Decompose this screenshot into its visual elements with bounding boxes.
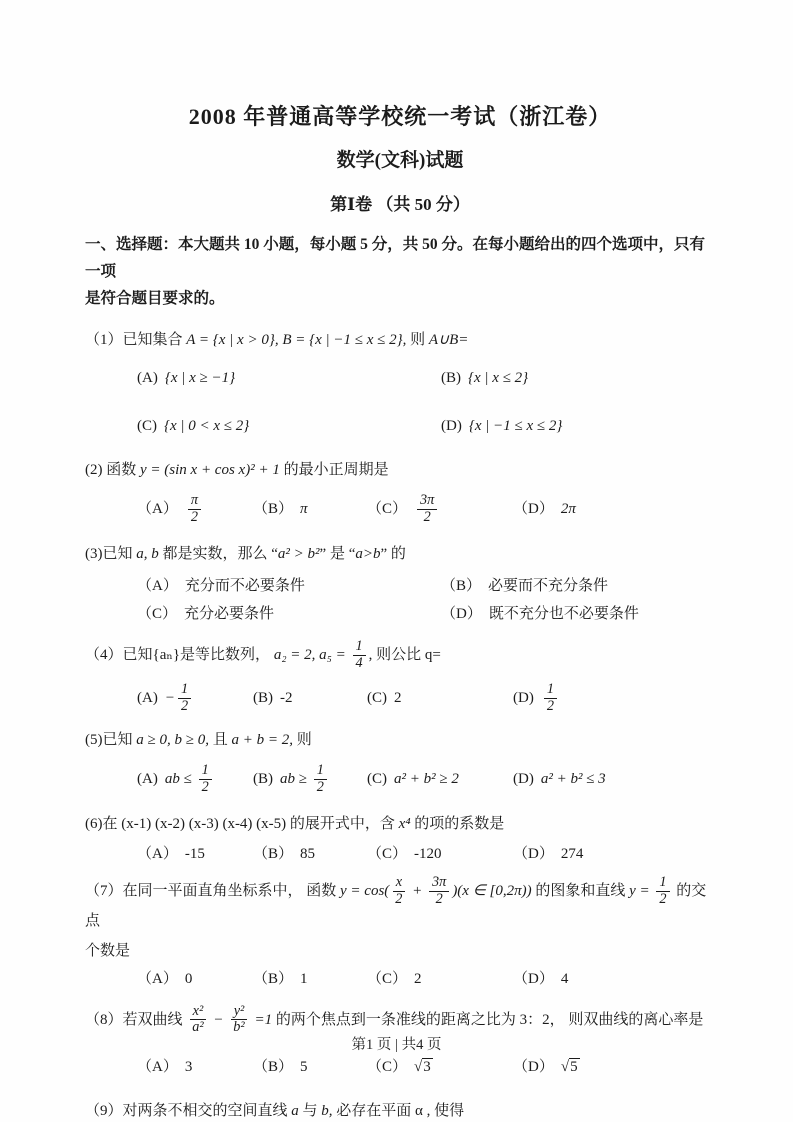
q7-option-b: （B）1 [253,966,367,992]
q4-option-c-label: (C) [367,685,387,711]
q2-option-a-content: π2 [185,493,204,526]
q7-option-c-label: （C） [367,966,407,992]
q4-option-d-label: (D) [513,685,534,711]
q8-option-d-label: （D） [513,1054,554,1080]
q4-option-a: (A)−12 [137,682,253,715]
q1-option-b-content: {x | x ≤ 2} [468,370,528,386]
q6-option-d-content: 274 [561,841,584,867]
q5-option-d: (D)a² + b² ≤ 3 [513,766,715,792]
q6-option-d-label: （D） [513,841,554,867]
q8-option-a-content: 3 [185,1054,193,1080]
q9-stem: （9）对两条不相交的空间直线 a 与 b, 必存在平面 α , 使得 [85,1098,715,1122]
page-subtitle: 数学(文科)试题 [85,145,715,172]
q8-option-b-content: 5 [300,1054,308,1080]
q5-option-b: (B)ab ≥ 12 [253,763,367,796]
q7-option-c: （C）2 [367,966,513,992]
q2-option-a-label: （A） [137,496,178,522]
q2-option-b-label: （B） [253,496,293,522]
q5-option-a-label: (A) [137,766,158,792]
q8-option-d: （D）√5 [513,1054,715,1080]
q6-option-a-label: （A） [137,841,178,867]
q8-stem: （8）若双曲线 x²a² − y²b² =1 的两个焦点到一条准线的距离之比为 … [85,1004,715,1037]
q4-option-b-label: (B) [253,685,273,711]
q5-option-d-content: a² + b² ≤ 3 [541,766,606,792]
q5-option-d-label: (D) [513,766,534,792]
q1-options: (A){x | x ≥ −1} (B){x | x ≤ 2} (C){x | 0… [85,365,715,439]
q2-stem: (2) 函数 y = (sin x + cos x)² + 1 的最小正周期是 [85,457,715,483]
instructions-line-1: 一、选择题：本大题共 10 小题，每小题 5 分，共 50 分。在每小题给出的四… [85,231,715,285]
question-2: (2) 函数 y = (sin x + cos x)² + 1 的最小正周期是 … [85,457,715,526]
q5-options: (A)ab ≤ 12 (B)ab ≥ 12 (C)a² + b² ≥ 2 (D)… [85,763,715,796]
q5-option-c-content: a² + b² ≥ 2 [394,766,459,792]
q7-option-d: （D）4 [513,966,715,992]
question-4: （4）已知{aₙ}是等比数列， a₂ = 2, a₅ = 14, 则公比 q= … [85,639,715,715]
question-9: （9）对两条不相交的空间直线 a 与 b, 必存在平面 α , 使得 [85,1098,715,1122]
q4-option-d: (D)12 [513,682,715,715]
q7-option-d-content: 4 [561,966,569,992]
q3-option-b-content: 必要而不充分条件 [488,578,608,594]
q1-option-c-content: {x | 0 < x ≤ 2} [164,418,249,434]
q4-stem: （4）已知{aₙ}是等比数列， a₂ = 2, a₅ = 14, 则公比 q= [85,639,715,672]
q1-stem: （1）已知集合 A = {x | x > 0}, B = {x | −1 ≤ x… [85,327,715,353]
q7-option-b-label: （B） [253,966,293,992]
q3-option-c-content: 充分必要条件 [184,606,274,622]
q2-option-d: （D）2π [513,496,715,522]
q2-option-d-content: 2π [561,496,576,522]
q3-option-b-label: （B） [441,578,481,594]
q8-option-c-content: √3 [414,1054,433,1080]
q1-option-a-label: (A) [137,370,158,386]
q6-options: （A）-15 （B）85 （C）-120 （D）274 [85,841,715,867]
q8-option-a-label: （A） [137,1054,178,1080]
q7-option-a: （A）0 [137,966,253,992]
q5-option-c-label: (C) [367,766,387,792]
q1-option-a: (A){x | x ≥ −1} [137,365,441,391]
q6-option-b-label: （B） [253,841,293,867]
q2-option-c: （C）3π2 [367,493,513,526]
q8-option-b-label: （B） [253,1054,293,1080]
page-footer: 第1 页 | 共4 页 [0,1033,793,1054]
page-title: 2008 年普通高等学校统一考试（浙江卷） [85,100,715,131]
q1-option-d-content: {x | −1 ≤ x ≤ 2} [469,418,563,434]
q6-option-c-content: -120 [414,841,442,867]
q3-stem: (3)已知 a, b 都是实数，那么 “a² > b²” 是 “a>b” 的 [85,541,715,567]
question-6: (6)在 (x-1) (x-2) (x-3) (x-4) (x-5) 的展开式中… [85,811,715,867]
q7-stem-line-1: （7）在同一平面直角坐标系中， 函数 y = cos(x2 + 3π2)(x ∈… [85,875,715,934]
q4-option-d-content: 12 [541,682,560,715]
q1-option-b-label: (B) [441,370,461,386]
q2-option-d-label: （D） [513,496,554,522]
q8-option-a: （A）3 [137,1054,253,1080]
question-1: （1）已知集合 A = {x | x > 0}, B = {x | −1 ≤ x… [85,327,715,439]
q6-option-c: （C）-120 [367,841,513,867]
q4-option-c: (C)2 [367,685,513,711]
q2-option-c-label: （C） [367,496,407,522]
q3-option-a-label: （A） [137,578,178,594]
q5-option-a-content: ab ≤ 12 [165,763,215,796]
q8-option-c-label: （C） [367,1054,407,1080]
q4-option-a-label: (A) [137,685,158,711]
q8-option-d-content: √5 [561,1054,580,1080]
q4-option-b-content: -2 [280,685,293,711]
question-3: (3)已知 a, b 都是实数，那么 “a² > b²” 是 “a>b” 的 （… [85,541,715,627]
q3-options: （A）充分而不必要条件 （B）必要而不充分条件 （C）充分必要条件 （D）既不充… [85,573,715,627]
q1-option-c-label: (C) [137,418,157,434]
q3-option-a: （A）充分而不必要条件 [137,573,441,599]
section-instructions: 一、选择题：本大题共 10 小题，每小题 5 分，共 50 分。在每小题给出的四… [85,231,715,312]
q3-option-d-content: 既不充分也不必要条件 [489,606,639,622]
q1-option-b: (B){x | x ≤ 2} [441,365,715,391]
q5-option-b-label: (B) [253,766,273,792]
q5-option-b-content: ab ≥ 12 [280,763,330,796]
q7-stem-line-2: 个数是 [85,938,715,964]
q4-options: (A)−12 (B)-2 (C)2 (D)12 [85,682,715,715]
q6-option-b: （B）85 [253,841,367,867]
q6-option-c-label: （C） [367,841,407,867]
q1-option-c: (C){x | 0 < x ≤ 2} [137,413,441,439]
q4-option-a-content: −12 [165,682,194,715]
q1-option-d-label: (D) [441,418,462,434]
q2-options: （A）π2 （B）π （C）3π2 （D）2π [85,493,715,526]
q7-option-b-content: 1 [300,966,308,992]
q1-option-a-content: {x | x ≥ −1} [165,370,235,386]
q8-options: （A）3 （B）5 （C）√3 （D）√5 [85,1054,715,1080]
q8-option-b: （B）5 [253,1054,367,1080]
q3-option-b: （B）必要而不充分条件 [441,573,715,599]
exam-page: 2008 年普通高等学校统一考试（浙江卷） 数学(文科)试题 第Ⅰ卷 （共 50… [0,0,793,1122]
q1-option-d: (D){x | −1 ≤ x ≤ 2} [441,413,715,439]
q7-option-c-content: 2 [414,966,422,992]
section-heading: 第Ⅰ卷 （共 50 分） [85,190,715,215]
q2-option-b-content: π [300,496,308,522]
q5-option-a: (A)ab ≤ 12 [137,763,253,796]
q6-stem: (6)在 (x-1) (x-2) (x-3) (x-4) (x-5) 的展开式中… [85,811,715,837]
q6-option-d: （D）274 [513,841,715,867]
q3-option-c-label: （C） [137,606,177,622]
q3-option-d: （D）既不充分也不必要条件 [441,601,715,627]
q5-option-c: (C)a² + b² ≥ 2 [367,766,513,792]
question-5: (5)已知 a ≥ 0, b ≥ 0, 且 a + b = 2, 则 (A)ab… [85,727,715,796]
q2-option-c-content: 3π2 [414,493,440,526]
instructions-line-2: 是符合题目要求的。 [85,285,715,312]
q4-option-b: (B)-2 [253,685,367,711]
q2-option-b: （B）π [253,496,367,522]
q3-option-a-content: 充分而不必要条件 [185,578,305,594]
q6-option-b-content: 85 [300,841,315,867]
q6-option-a-content: -15 [185,841,205,867]
q7-option-a-content: 0 [185,966,193,992]
q7-options: （A）0 （B）1 （C）2 （D）4 [85,966,715,992]
q4-option-c-content: 2 [394,685,402,711]
q2-option-a: （A）π2 [137,493,253,526]
q6-option-a: （A）-15 [137,841,253,867]
q3-option-c: （C）充分必要条件 [137,601,441,627]
q5-stem: (5)已知 a ≥ 0, b ≥ 0, 且 a + b = 2, 则 [85,727,715,753]
q3-option-d-label: （D） [441,606,482,622]
q7-option-a-label: （A） [137,966,178,992]
question-7: （7）在同一平面直角坐标系中， 函数 y = cos(x2 + 3π2)(x ∈… [85,875,715,992]
q7-option-d-label: （D） [513,966,554,992]
q8-option-c: （C）√3 [367,1054,513,1080]
